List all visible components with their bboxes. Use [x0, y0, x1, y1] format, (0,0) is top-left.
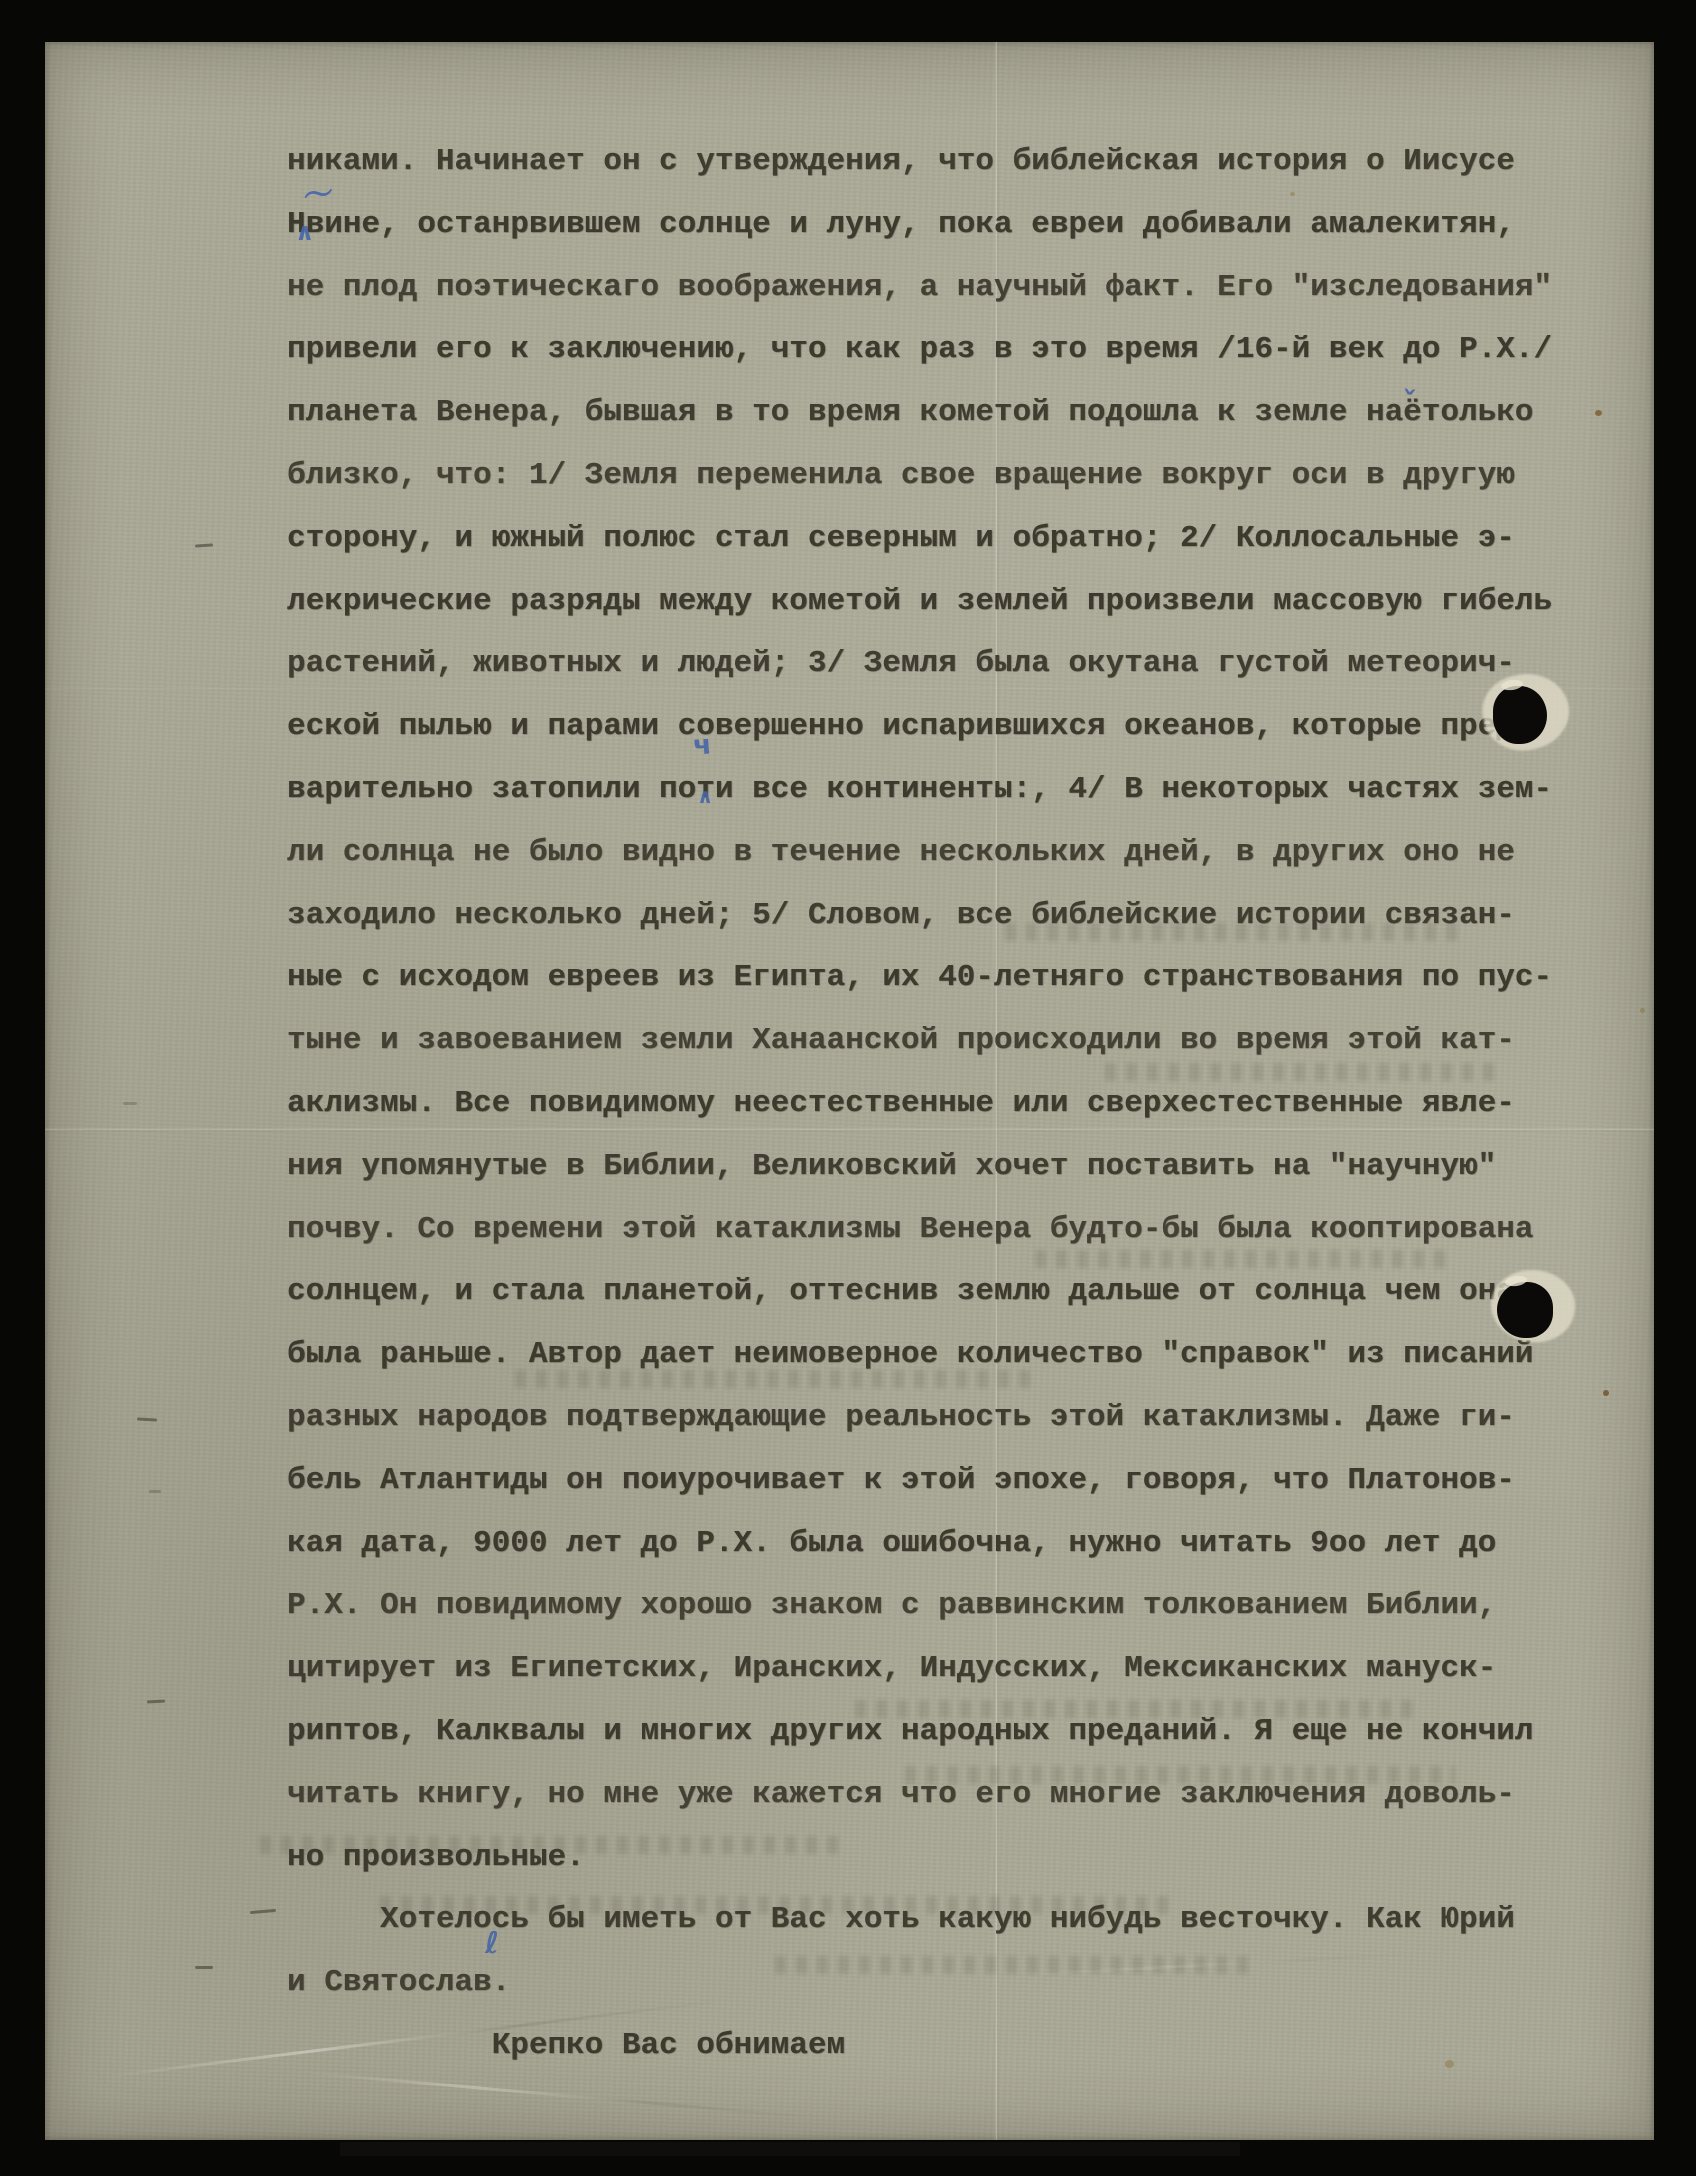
punch-hole-top	[1493, 686, 1547, 744]
margin-dash	[137, 1417, 157, 1421]
text-line: привели его к заключению, что как раз в …	[287, 319, 1577, 382]
paper-speck	[1640, 1008, 1645, 1013]
margin-dash	[195, 1966, 213, 1969]
text-line: Крепко Вас обнимаем	[287, 2015, 1577, 2078]
paper-speck	[1603, 1390, 1609, 1396]
punch-hole-bottom	[1497, 1282, 1553, 1338]
text-line: ли солнца не было видно в течение нескол…	[287, 822, 1577, 885]
blue-inserted-letter: ч	[692, 729, 713, 761]
text-line: Нвине, останрвившем солнце и луну, пока …	[287, 194, 1577, 257]
text-line: сторону, и южный полюс стал северным и о…	[287, 508, 1577, 571]
text-line: разных народов подтверждающие реальность…	[287, 1387, 1577, 1450]
paper-sheet: никами. Начинает он с утверждения, что б…	[45, 42, 1654, 2140]
blue-insert-caret: ∧	[697, 784, 713, 808]
text-line: цитирует из Египетских, Иранских, Индусс…	[287, 1638, 1577, 1701]
text-line: еской пылью и парами совершенно испаривш…	[287, 696, 1577, 759]
text-line: растений, животных и людей; 3/ Земля был…	[287, 633, 1577, 696]
paper-speck	[1290, 192, 1295, 196]
text-line: бель Атлантиды он поиурочивает к этой эп…	[287, 1450, 1577, 1513]
margin-dash	[250, 1909, 276, 1914]
text-line: никами. Начинает он с утверждения, что б…	[287, 131, 1577, 194]
bottom-wrinkle	[306, 2071, 824, 2119]
typed-text: никами. Начинает он с утверждения, что б…	[287, 131, 1577, 2078]
paper-speck	[1445, 2060, 1454, 2068]
text-line: планета Венера, бывшая в то время комето…	[287, 382, 1577, 445]
margin-dash	[195, 543, 213, 547]
text-line: кая дата, 9000 лет до Р.Х. была ошибочна…	[287, 1513, 1577, 1576]
scan-artifact-strip	[340, 2142, 1240, 2156]
text-line: ния упомянутые в Библии, Великовский хоч…	[287, 1136, 1577, 1199]
margin-dash	[149, 1490, 161, 1493]
paper-speck	[1595, 410, 1602, 416]
text-line: не плод поэтическаго воображения, а науч…	[287, 257, 1577, 320]
blue-insert-caret: ∧	[295, 218, 315, 246]
text-line: была раньше. Автор дает неимоверное коли…	[287, 1324, 1577, 1387]
text-line: солнцем, и стала планетой, оттеснив земл…	[287, 1261, 1577, 1324]
text-line: риптов, Калквалы и многих других народны…	[287, 1701, 1577, 1764]
text-line: Хотелось бы иметь от Вас хоть какую нибу…	[287, 1889, 1577, 1952]
text-line: лекрические разряды между кометой и земл…	[287, 571, 1577, 634]
text-line: но произвольные.	[287, 1827, 1577, 1890]
margin-dash	[147, 1700, 165, 1704]
text-line: ные с исходом евреев из Египта, их 40-ле…	[287, 947, 1577, 1010]
text-line: и Святослав.	[287, 1952, 1577, 2015]
text-line: заходило несколько дней; 5/ Словом, все …	[287, 885, 1577, 948]
text-line: варительно затопили поти все континенты:…	[287, 759, 1577, 822]
blue-marginal-numeral: ℓ	[485, 1926, 499, 1961]
text-line: почву. Со времени этой катаклизмы Венера…	[287, 1199, 1577, 1262]
text-line: читать книгу, но мне уже кажется что его…	[287, 1764, 1577, 1827]
margin-dash	[123, 1102, 137, 1105]
text-line: аклизмы. Все повидимому неестественные и…	[287, 1073, 1577, 1136]
text-line: тыне и завоеванием земли Ханаанской прои…	[287, 1010, 1577, 1073]
text-line: близко, что: 1/ Земля переменила свое вр…	[287, 445, 1577, 508]
scan-background: { "document": { "kind": "typewritten-let…	[0, 0, 1696, 2176]
text-line: Р.Х. Он повидимому хорошо знаком с равви…	[287, 1575, 1577, 1638]
